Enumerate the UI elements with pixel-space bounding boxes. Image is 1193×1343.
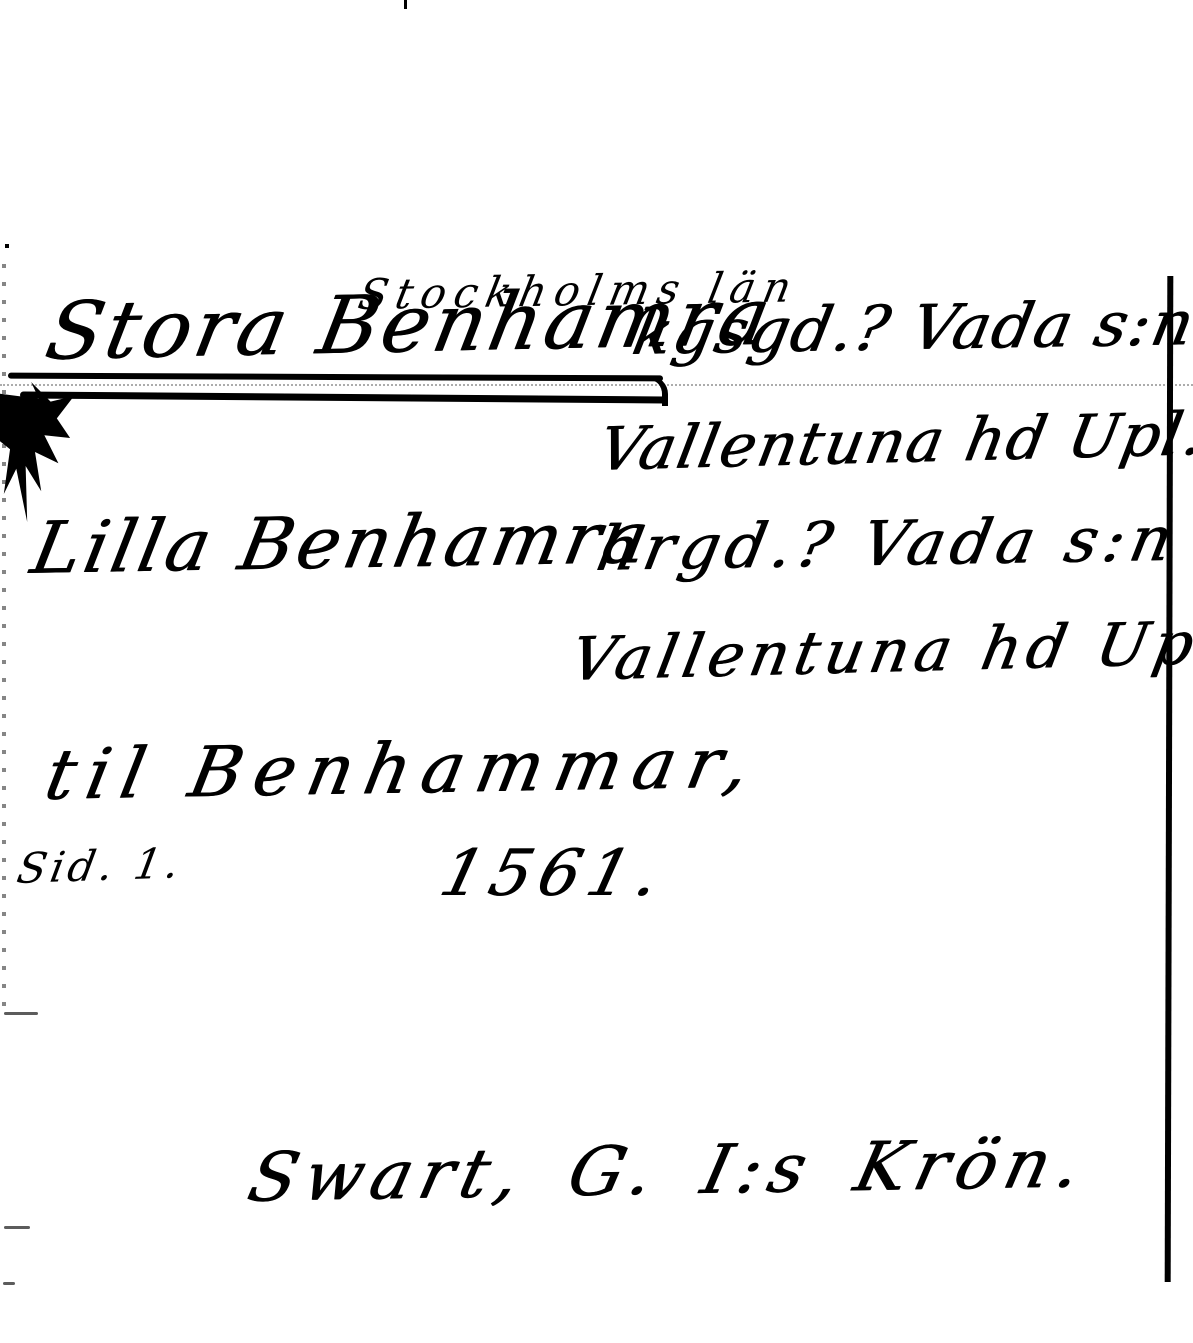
scan-tick-mark xyxy=(404,0,407,9)
underline-stroke-top xyxy=(8,373,663,382)
scan-artifact-line xyxy=(0,384,1193,386)
document-card: Stockholms län Stora Benhamra kgsgd.? Va… xyxy=(0,0,1193,1343)
smudge-mark xyxy=(4,1226,30,1229)
ink-blot xyxy=(0,382,74,522)
page-reference: Sid. 1. xyxy=(14,842,186,890)
entry1-district: Vallentuna hd Upl. xyxy=(594,404,1193,480)
smudge-mark xyxy=(4,1012,38,1015)
note-line: til Benhammar, xyxy=(40,728,767,810)
entry2-place-name: Lilla Benhamra xyxy=(26,501,658,584)
entry1-details: kgsgd.? Vada s:n xyxy=(628,292,1193,364)
year: 1561. xyxy=(434,842,673,906)
entry2-details: hrgd.? Vada s:n xyxy=(592,508,1183,580)
source-reference: Swart, G. I:s Krön. xyxy=(242,1130,1095,1213)
entry2-district: Vallentuna hd Upl. xyxy=(566,612,1193,690)
smudge-mark xyxy=(3,1282,15,1285)
scan-dot-mark xyxy=(5,244,9,248)
scan-edge-speckles xyxy=(2,264,6,1014)
underline-end-hook xyxy=(636,376,668,406)
underline-stroke-bottom xyxy=(20,391,668,403)
